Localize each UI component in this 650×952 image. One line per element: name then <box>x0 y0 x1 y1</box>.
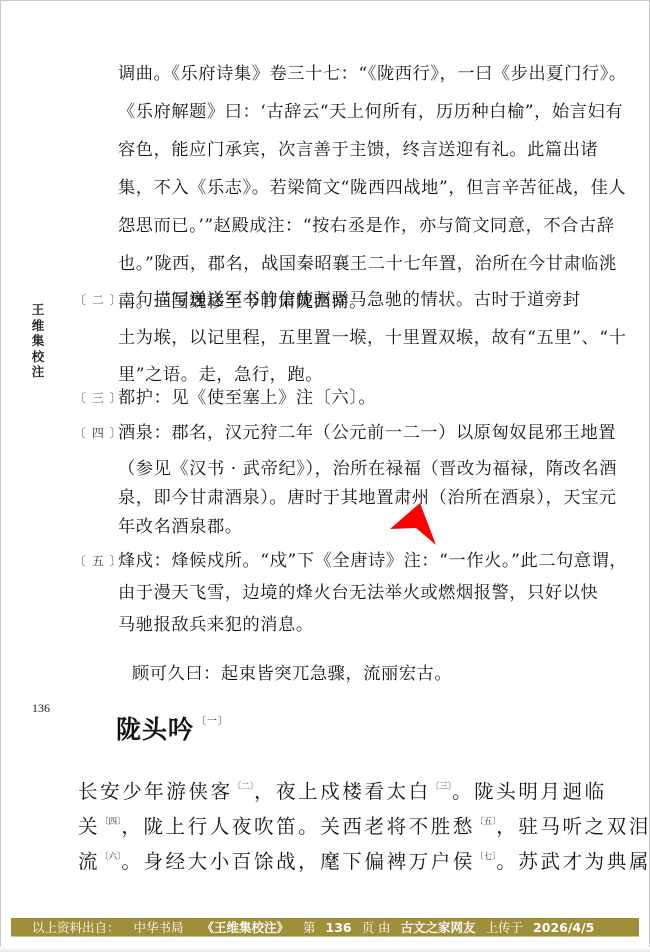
note-marker: 〔 四 〕 <box>74 422 123 444</box>
poem-note-ref: 〔七〕 <box>475 852 496 862</box>
poem-text: 。苏武才为典属 <box>496 850 650 873</box>
footer-upload-label: 上传于 <box>486 918 524 937</box>
page-bottom-shadow <box>0 947 650 952</box>
note-line: 泉，即今甘肃酒泉）。唐时于其地置肃州（治所在酒泉），天宝元 <box>118 487 617 509</box>
poem-title-note: 〔一〕 <box>196 716 229 727</box>
side-title-char: 维 <box>30 318 46 334</box>
footer-page-prefix: 第 <box>303 918 316 937</box>
poem-line: 流〔六〕。身经大小百馀战，麾下偏裨万户侯〔七〕。苏武才为典属 <box>78 844 650 875</box>
poem-title: 陇头吟〔一〕 <box>116 710 229 746</box>
poem-text: ，陇上行人夜吹笛。关西老将不胜愁 <box>121 815 475 838</box>
note-marker: 〔 二 〕 <box>74 289 123 311</box>
poem-line: 长安少年游侠客〔二〕，夜上戍楼看太白〔三〕。陇头明月迥临 <box>78 774 607 805</box>
note-marker: 〔 三 〕 <box>74 387 123 409</box>
note-line: （参见《汉书 · 武帝纪》），治所在禄福（晋改为福禄，隋改名酒 <box>118 458 617 480</box>
source-footer-bar: 以上资料出自： 中华书局 《王维集校注》 第 136 页 由 古文之家网友 上传… <box>11 918 639 937</box>
poem-line: 关〔四〕，陇上行人夜吹笛。关西老将不胜愁〔五〕，驻马听之双泪 <box>78 809 650 840</box>
note-line: 烽戍：烽候戍所。“戍”下《全唐诗》注：“一作火。”此二句意谓， <box>118 550 627 572</box>
side-title-char: 王 <box>30 302 46 318</box>
note-line: 集，不入《乐志》。若梁简文“陇西四战地”，但言辛苦征战，佳人 <box>118 177 626 199</box>
footer-prefix: 以上资料出自： <box>32 918 120 937</box>
note-line: 年改名酒泉郡。 <box>118 516 243 538</box>
poem-note-ref: 〔二〕 <box>233 782 254 792</box>
footer-page-number: 136 <box>326 918 352 937</box>
note-line: 调曲。《乐府诗集》卷三十七：“《陇西行》，一曰《步出夏门行》。 <box>118 63 627 85</box>
side-title-char: 注 <box>30 364 46 380</box>
poem-text: 长安少年游侠客 <box>78 780 233 803</box>
note-line: 酒泉：郡名，汉元狩二年（公元前一二一）以原匈奴昆邪王地置 <box>118 422 616 444</box>
note-line: 土为堠，以记里程，五里置一堠，十里置双堠，故有“五里”、“十 <box>118 327 626 349</box>
footer-date: 2026/4/5 <box>533 918 594 937</box>
poem-note-ref: 〔四〕 <box>100 817 121 827</box>
note-line: 怨思而已。’”赵殿成注：“按右丞是作，亦与简文同意，不合古辞 <box>118 215 615 237</box>
commentary: 顾可久曰：起束皆突兀急骤，流丽宏古。 <box>132 663 452 685</box>
side-title-char: 集 <box>30 333 46 349</box>
side-title-char: 校 <box>30 349 46 365</box>
footer-uploader[interactable]: 古文之家网友 <box>401 918 476 937</box>
poem-note-ref: 〔六〕 <box>100 852 121 862</box>
page-number: 136 <box>32 701 50 716</box>
poem-note-ref: 〔三〕 <box>431 782 452 792</box>
footer-publisher: 中华书局 <box>134 918 184 937</box>
poem-text: 流 <box>78 850 100 873</box>
footer-book-title[interactable]: 《王维集校注》 <box>202 918 290 937</box>
poem-text: 。陇头明月迥临 <box>452 780 607 803</box>
note-marker: 〔 五 〕 <box>74 550 123 572</box>
poem-text: 关 <box>78 815 100 838</box>
note-line: 也。”陇西，郡名，战国秦昭襄王二十七年置，治所在今甘肃临洮 <box>118 253 617 275</box>
poem-title-text: 陇头吟 <box>116 715 194 744</box>
red-arrow-icon <box>390 503 436 549</box>
note-line: 里”之语。走，急行，跑。 <box>118 364 323 386</box>
note-line: 都护：见《使至塞上》注〔六〕。 <box>118 387 376 409</box>
note-line: 马驰报敌兵来犯的消息。 <box>118 614 314 636</box>
poem-text: ，驻马听之双泪 <box>496 815 650 838</box>
poem-text: 。身经大小百馀战，麾下偏裨万户侯 <box>121 850 475 873</box>
poem-note-ref: 〔五〕 <box>475 817 496 827</box>
note-line: 由于漫天飞雪，边境的烽火台无法举火或燃烟报警，只好以快 <box>118 582 598 604</box>
running-book-title: 王 维 集 校 注 <box>30 302 46 380</box>
note-line: 容色，能应门承宾，次言善于主馈，终言送迎有礼。此篇出诸 <box>118 139 598 161</box>
note-line: 《乐府解题》曰：‘古辞云“天上何所有，历历种白榆”，始言妇有 <box>118 101 623 123</box>
poem-text: ，夜上戍楼看太白 <box>254 780 431 803</box>
footer-page-suffix: 页 由 <box>362 918 391 937</box>
note-line: 二句描写递送军书的信使驱驿马急驰的情状。古时于道旁封 <box>118 289 580 311</box>
